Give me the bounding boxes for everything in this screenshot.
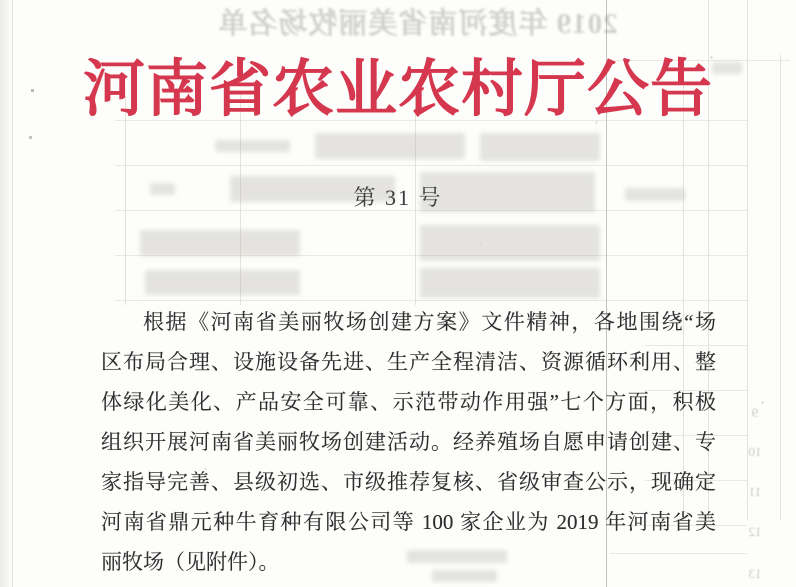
document-number: 第 31 号 (0, 181, 796, 212)
body-paragraph: 根据《河南省美丽牧场创建方案》文件精神，各地围绕“场 区布局合理、设施设备先进、… (101, 302, 716, 582)
paragraph-line: 根据《河南省美丽牧场创建方案》文件精神，各地围绕“场 (101, 302, 716, 342)
announcement-content: 河南省农业农村厅公告 第 31 号 根据《河南省美丽牧场创建方案》文件精神，各地… (0, 0, 796, 587)
paragraph-line: 区布局合理、设施设备先进、生产全程清洁、资源循环利用、整 (101, 342, 716, 382)
paragraph-line: 家指导完善、县级初选、市级推荐复核、省级审查公示，现确定 (101, 462, 716, 502)
scanned-document-page: 2019 年度河南省美丽牧场名单 (0, 0, 796, 587)
paragraph-line: 体绿化美化、产品安全可靠、示范带动作用强”七个方面，积极 (101, 382, 716, 422)
paragraph-line: 组织开展河南省美丽牧场创建活动。经养殖场自愿申请创建、专 (101, 422, 716, 462)
paragraph-line: 河南省鼎元种牛育种有限公司等 100 家企业为 2019 年河南省美 (101, 502, 716, 542)
paragraph-line: 丽牧场（见附件）。 (101, 542, 716, 582)
scan-left-edge (0, 0, 13, 587)
document-title: 河南省农业农村厅公告 (0, 50, 796, 130)
